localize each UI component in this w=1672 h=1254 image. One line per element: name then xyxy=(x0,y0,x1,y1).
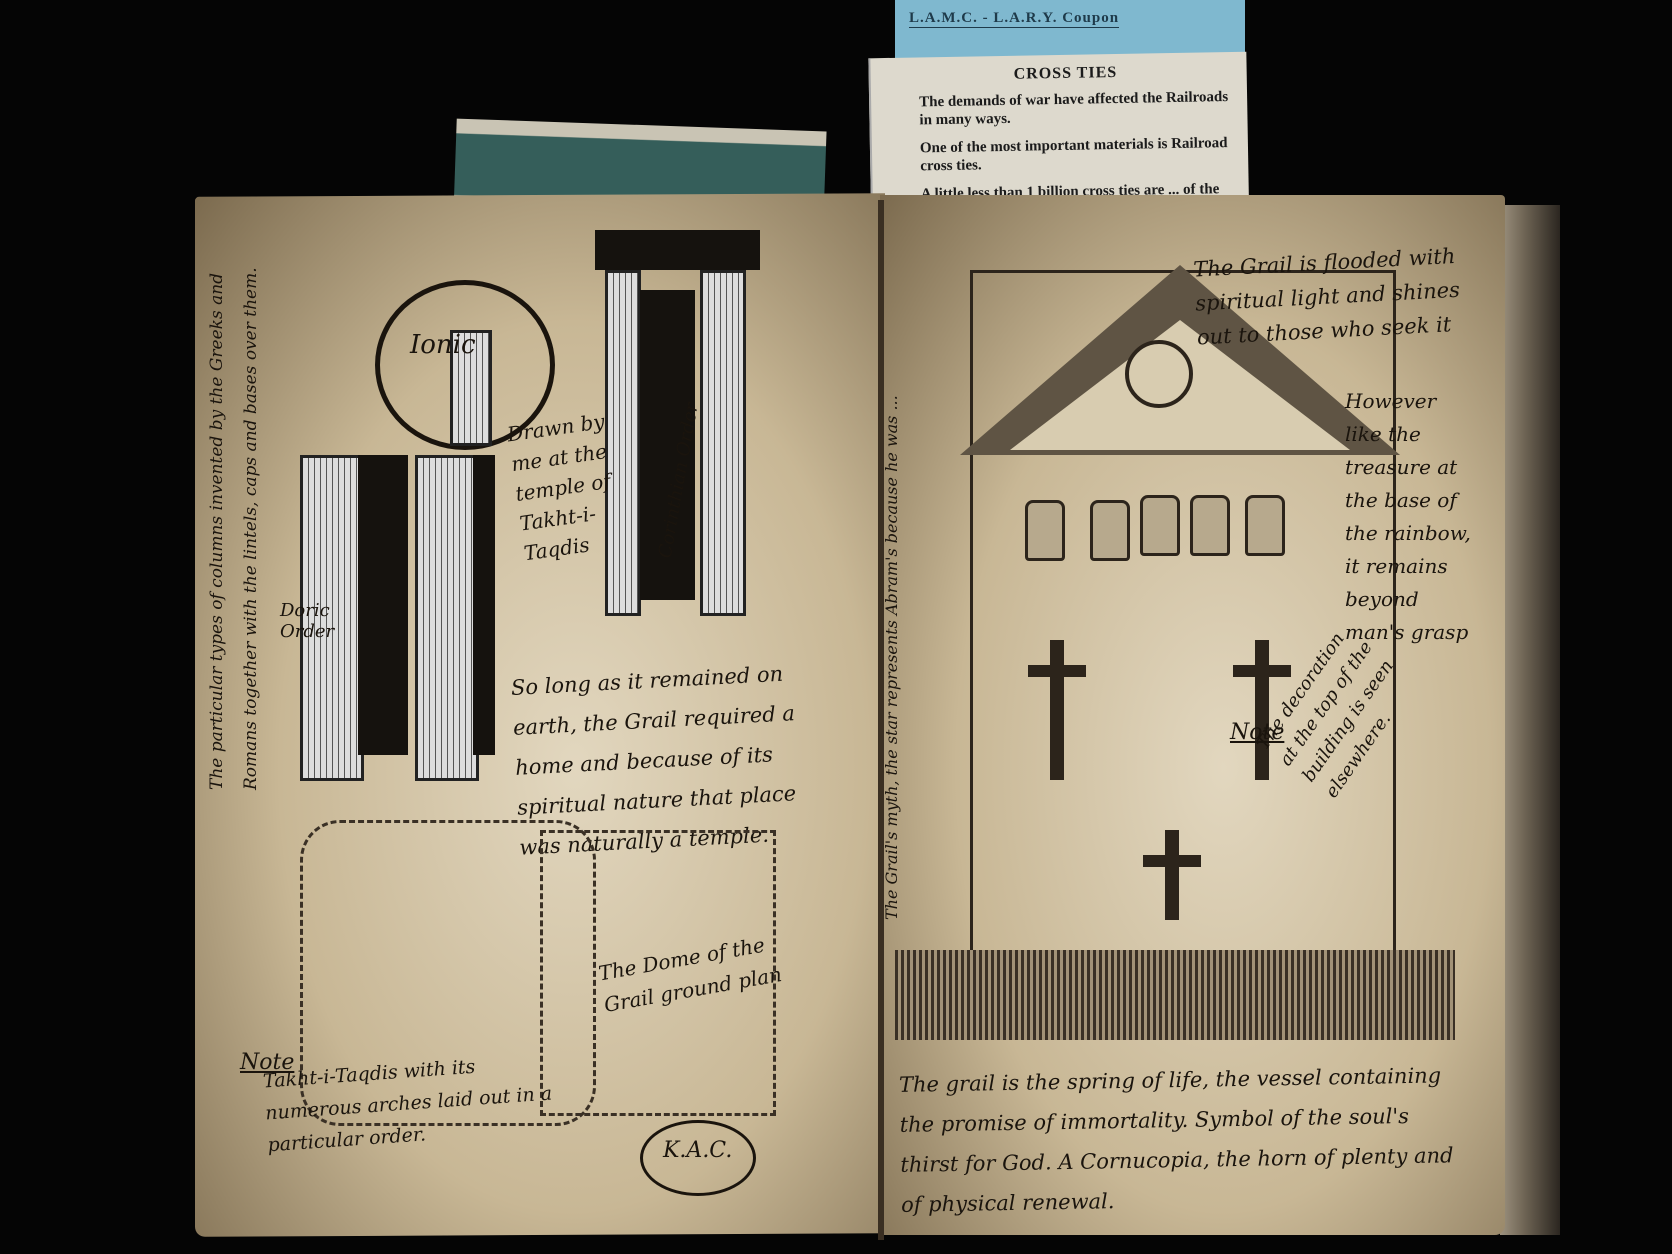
page-edges xyxy=(1500,205,1560,1235)
doric-shadow xyxy=(473,455,495,755)
shrine-base xyxy=(895,950,1455,1040)
lamp-icon xyxy=(1140,495,1180,556)
news-line: One of the most important materials is R… xyxy=(920,134,1235,175)
corinthian-column-icon xyxy=(700,270,746,616)
cross-icon xyxy=(1255,640,1269,780)
side-note: However like the treasure at the base of… xyxy=(1345,385,1475,649)
initials: K.A.C. xyxy=(663,1138,732,1163)
coupon-title: L.A.M.C. - L.A.R.Y. Coupon xyxy=(909,10,1119,28)
vertical-note: The Grail's myth, the star represents Ab… xyxy=(880,300,904,920)
doric-column-icon xyxy=(415,455,479,781)
cross-icon xyxy=(1050,640,1064,780)
cross-icon xyxy=(1165,830,1179,920)
lamp-icon xyxy=(1245,495,1285,556)
entablature xyxy=(595,230,760,270)
top-note: The Grail is flooded with spiritual ligh… xyxy=(1193,237,1488,354)
lamp-icon xyxy=(1190,495,1230,556)
lamp-icon xyxy=(1025,500,1065,561)
rose-window-icon xyxy=(1125,340,1193,408)
lamp-icon xyxy=(1090,500,1130,561)
news-title: CROSS TIES xyxy=(1014,62,1233,84)
ionic-label: Ionic xyxy=(410,330,476,360)
drawn-note: Drawn by me at the temple of Takht-i-Taq… xyxy=(505,402,655,569)
margin-note: The particular types of columns invented… xyxy=(200,230,410,790)
bottom-note: The grail is the spring of life, the ves… xyxy=(899,1055,1462,1225)
news-line: The demands of war have affected the Rai… xyxy=(919,88,1234,129)
